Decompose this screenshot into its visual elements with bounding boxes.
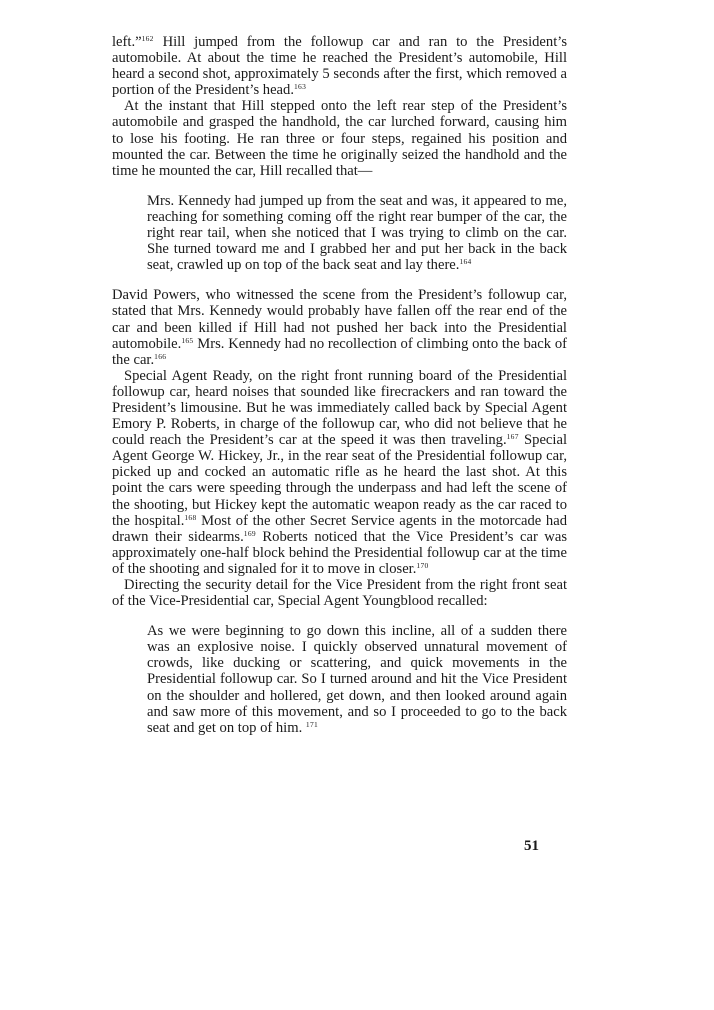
- paragraph-special-agent-ready: Special Agent Ready, on the right front …: [112, 368, 567, 577]
- footnote-ref-162: 162: [142, 34, 154, 43]
- text-segment: At the instant that Hill stepped onto th…: [112, 98, 567, 178]
- paragraph-hill-mounts-car: At the instant that Hill stepped onto th…: [112, 98, 567, 178]
- paragraph-david-powers: David Powers, who witnessed the scene fr…: [112, 287, 567, 367]
- paragraph-hill-second-shot: left.”162 Hill jumped from the followup …: [112, 34, 567, 98]
- blockquote-youngblood-testimony: As we were beginning to go down this inc…: [147, 623, 567, 736]
- footnote-ref-167: 167: [507, 432, 519, 441]
- footnote-ref-169: 169: [244, 529, 256, 538]
- footnote-ref-170: 170: [416, 561, 428, 570]
- footnote-ref-163: 163: [294, 82, 306, 91]
- text-segment: Mrs. Kennedy had jumped up from the seat…: [147, 193, 567, 273]
- footnote-ref-168: 168: [184, 513, 196, 522]
- document-page-body: left.”162 Hill jumped from the followup …: [112, 34, 567, 750]
- footnote-ref-164: 164: [459, 257, 471, 266]
- paragraph-youngblood-intro: Directing the security detail for the Vi…: [112, 577, 567, 609]
- text-segment: Hill jumped from the followup car and ra…: [112, 34, 567, 98]
- text-segment: left.”: [112, 34, 142, 50]
- text-segment: Directing the security detail for the Vi…: [112, 577, 567, 609]
- blockquote-hill-testimony: Mrs. Kennedy had jumped up from the seat…: [147, 193, 567, 273]
- footnote-ref-165: 165: [181, 336, 193, 345]
- footnote-ref-171: 171: [306, 720, 318, 729]
- text-segment: Special Agent Ready, on the right front …: [112, 368, 567, 448]
- text-segment: As we were beginning to go down this inc…: [147, 623, 567, 736]
- footnote-ref-166: 166: [154, 352, 166, 361]
- page-number: 51: [524, 838, 539, 855]
